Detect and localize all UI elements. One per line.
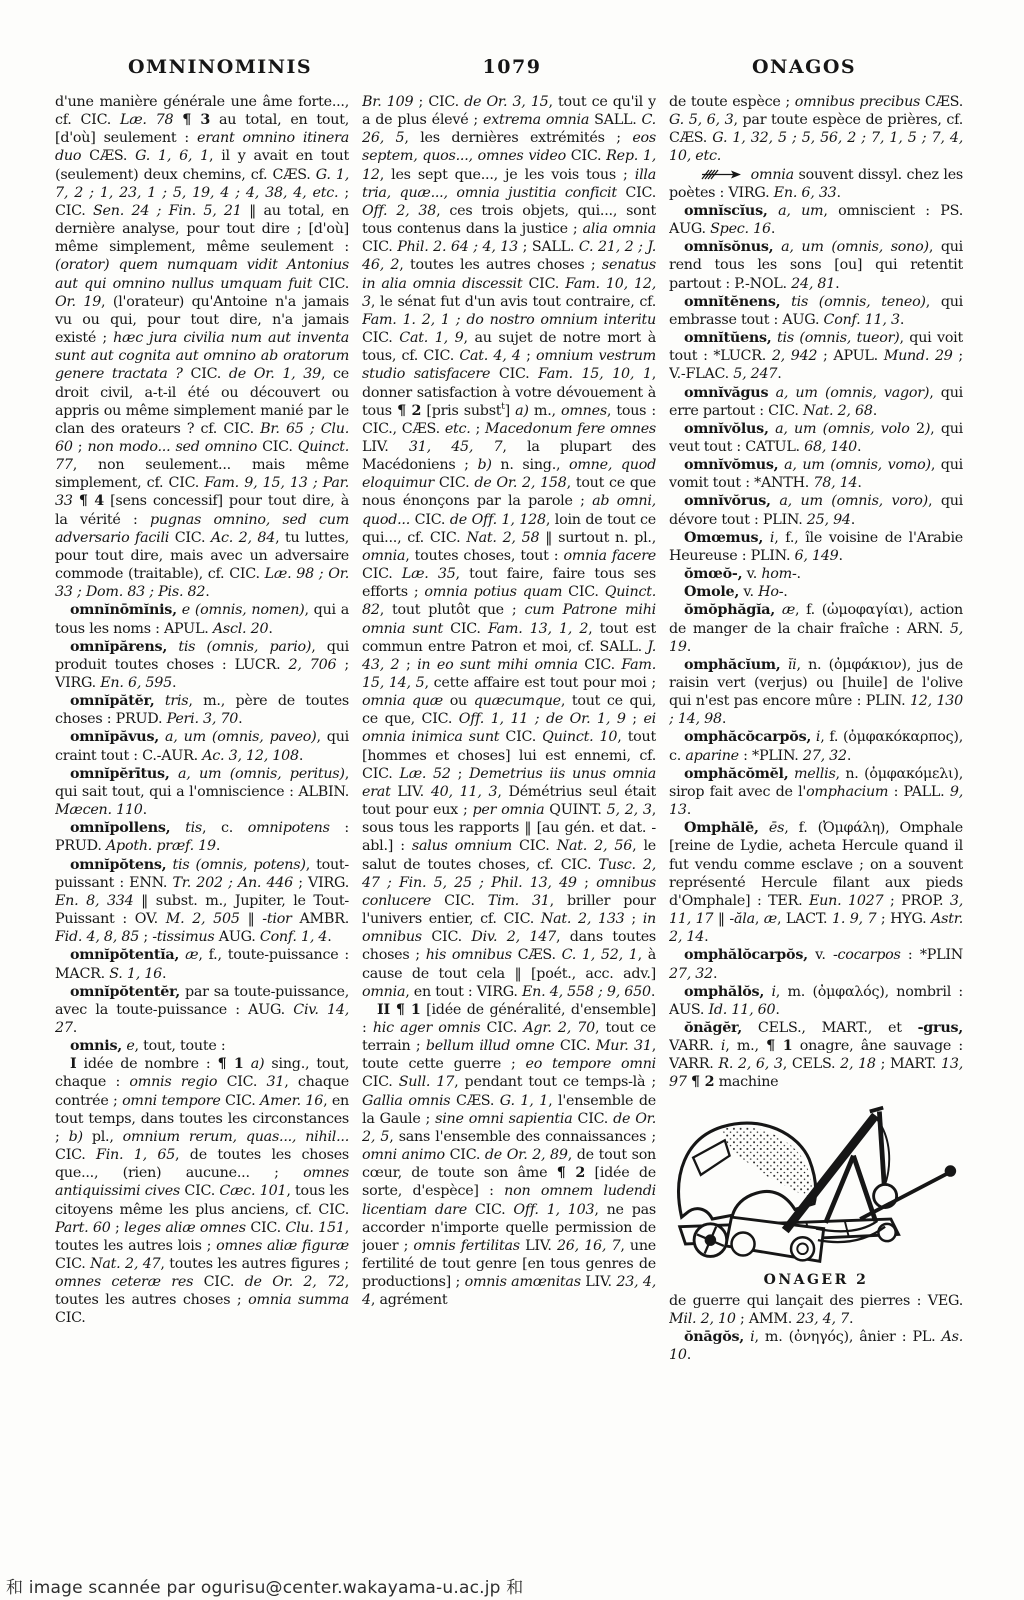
entry-omphalos: omphălŏs, i, m. (ὀμφαλός), nombril : AUS…: [669, 983, 963, 1019]
entry-omnivolus: omnĭvŏlus, a, um (omnis, volo 2), qui ve…: [669, 420, 963, 456]
remark-omnia: omnia souvent dissyl. chez les poètes : …: [669, 166, 963, 202]
continued-text: d'une manière générale une âme forte...,…: [55, 93, 349, 601]
column-3-lower-text: de guerre qui lançait des pierres : VEG.…: [669, 1292, 963, 1365]
dictionary-page-scan: OMNINOMINIS 1079 ONAGOS d'une manière gé…: [0, 0, 1024, 1600]
entry-omniscius: omnĭscĭus, a, um, omniscient : PS. AUG. …: [669, 202, 963, 238]
entry-omoeo: ŏmœŏ-, v. hom-.: [669, 565, 963, 583]
entry-omnipotenter: omnĭpŏtentĕr, par sa toute-puissance, av…: [55, 983, 349, 1037]
entry-omnituens: omnĭtŭens, tis (omnis, tueor), qui voit …: [669, 329, 963, 383]
onager-illustration: [671, 1100, 961, 1268]
entry-omnipotentia: omnĭpŏtentĭa, æ, f., toute-puissance : M…: [55, 946, 349, 982]
entry-omophagia: ŏmŏphăgĭa, æ, f. (ὠμοφαγίαι), action de …: [669, 601, 963, 655]
entry-omnivagus: omnĭvăgus a, um (omnis, vagor), qui erre…: [669, 384, 963, 420]
entry-omnivorus: omnĭvŏrus, a, um (omnis, voro), qui dévo…: [669, 492, 963, 528]
header-first-headword: OMNINOMINIS: [128, 56, 312, 78]
entry-omole: Omole, v. Ho-.: [669, 583, 963, 601]
column-1: d'une manière générale une âme forte...,…: [55, 93, 349, 1557]
header-last-headword: ONAGOS: [752, 56, 856, 78]
entry-omniperitus: omnĭpĕrītus, a, um (omnis, peritus), qui…: [55, 765, 349, 819]
scan-watermark: 和 image scannée par ogurisu@center.wakay…: [6, 1573, 523, 1598]
text-columns: d'une manière générale une âme forte...,…: [55, 93, 963, 1557]
entry-omnisonus: omnĭsŏnus, a, um (omnis, sono), qui rend…: [669, 238, 963, 292]
entry-omphacocarpos: omphăcŏcarpŏs, i, f. (ὀμφακόκαρπος), c. …: [669, 728, 963, 764]
column-3-upper-text: de toute espèce ; omnibus precibus CÆS. …: [669, 93, 963, 1092]
continued-text: Br. 109 ; CIC. de Or. 3, 15, tout ce qu'…: [362, 93, 656, 1001]
entry-omnivomus: omnĭvŏmus, a, um (omnis, vomo), qui vomi…: [669, 456, 963, 492]
column-2: Br. 109 ; CIC. de Or. 3, 15, tout ce qu'…: [362, 93, 656, 1557]
continued-text: de toute espèce ; omnibus precibus CÆS. …: [669, 93, 963, 166]
entry-onager: ŏnăgĕr, CELS., MART., et -grus, VARR. i,…: [669, 1019, 963, 1092]
entry-omoemus: Omœmus, i, f., île voisine de l'Arabie H…: [669, 529, 963, 565]
entry-omnipavus: omnĭpăvus, a, um (omnis, paveo), qui cra…: [55, 728, 349, 764]
figure-caption: ONAGER 2: [669, 1271, 963, 1289]
entry-omnipollens: omnĭpollens, tis, c. omnipotens : PRUD. …: [55, 819, 349, 855]
entry-omnis-I: I idée de nombre : ¶ 1 a) sing., tout, c…: [55, 1055, 349, 1327]
entry-omphalocarpos: omphălŏcarpŏs, v. -cocarpos : *PLIN 27, …: [669, 946, 963, 982]
entry-omphale: Omphălē, ēs, f. (Ὀμφάλη), Omphale [reine…: [669, 819, 963, 946]
entry-onagos: ŏnāgŏs, i, m. (ὀνηγός), ânier : PL. As. …: [669, 1328, 963, 1364]
column-3: de toute espèce ; omnibus precibus CÆS. …: [669, 93, 963, 1557]
entry-omnipater: omnĭpătĕr, tris, m., père de toutes chos…: [55, 692, 349, 728]
entry-onager-continued: de guerre qui lançait des pierres : VEG.…: [669, 1292, 963, 1328]
entry-omphacium: omphăcĭum, ĭi, n. (ὀμφάκιον), jus de rai…: [669, 656, 963, 729]
page-number: 1079: [483, 56, 542, 78]
onager-figure: ONAGER 2: [669, 1100, 963, 1289]
remark-arrow-icon: [686, 166, 741, 184]
entry-omnipotens: omnĭpŏtens, tis (omnis, potens), tout-pu…: [55, 856, 349, 947]
entry-omnis-II: II ¶ 1 [idée de généralité, d'ensemble] …: [362, 1001, 656, 1310]
page-header: OMNINOMINIS 1079 ONAGOS: [0, 56, 1024, 82]
entry-omnitenens: omnĭtĕnens, tis (omnis, teneo), qui embr…: [669, 293, 963, 329]
entry-omninominis: omnĭnōmĭnis, e (omnis, nomen), qui a tou…: [55, 601, 349, 637]
entry-omphacomel: omphăcŏmĕl, mellis, n. (ὀμφακόμελι), sir…: [669, 765, 963, 819]
entry-omnis: omnis, e, tout, toute :: [55, 1037, 349, 1055]
entry-omniparens: omnĭpărens, tis (omnis, pario), qui prod…: [55, 638, 349, 692]
